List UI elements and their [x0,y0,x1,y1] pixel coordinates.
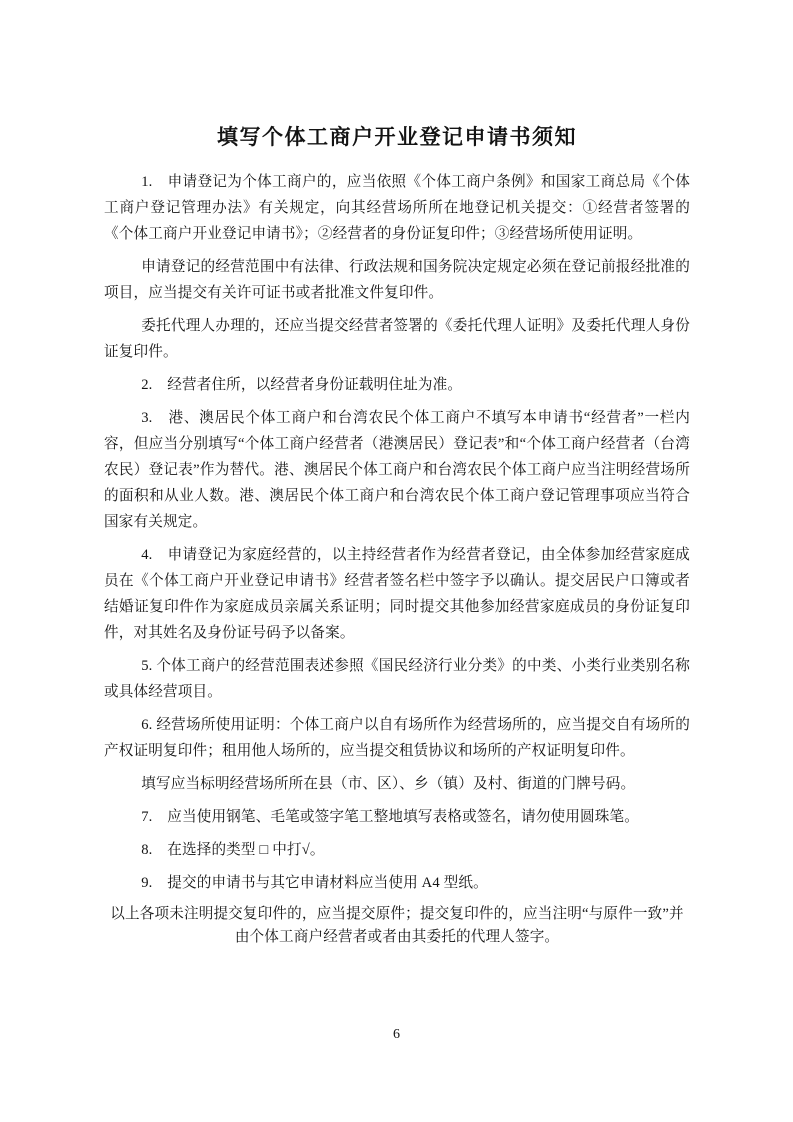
page-title: 填写个体工商户开业登记申请书须知 [104,122,690,152]
paragraph-11: 8. 在选择的类型 □ 中打√。 [104,837,690,863]
paragraph-9: 填写应当标明经营场所所在县（市、区）、乡（镇）及村、街道的门牌号码。 [104,771,690,797]
document-page: 填写个体工商户开业登记申请书须知 1. 申请登记为个体工商户的，应当依照《个体工… [0,0,793,1122]
paragraph-13: 以上各项未注明提交复印件的，应当提交原件；提交复印件的，应当注明“与原件一致”并… [104,903,690,949]
paragraph-3: 委托代理人办理的，还应当提交经营者签署的《委托代理人证明》及委托代理人身份证复印… [104,313,690,365]
paragraph-4: 2. 经营者住所，以经营者身份证载明住址为准。 [104,372,690,398]
paragraph-2: 申请登记的经营范围中有法律、行政法规和国务院决定规定必须在登记前报经批准的项目，… [104,254,690,306]
paragraph-7: 5. 个体工商户的经营范围表述参照《国民经济行业分类》的中类、小类行业类别名称或… [104,653,690,705]
paragraph-1: 1. 申请登记为个体工商户的，应当依照《个体工商户条例》和国家工商总局《个体工商… [104,169,690,247]
paragraph-8: 6. 经营场所使用证明：个体工商户以自有场所作为经营场所的，应当提交自有场所的产… [104,712,690,764]
paragraph-5: 3. 港、澳居民个体工商户和台湾农民个体工商户不填写本申请书“经营者”一栏内容，… [104,405,690,535]
paragraph-6: 4. 申请登记为家庭经营的，以主持经营者作为经营者登记，由全体参加经营家庭成员在… [104,542,690,646]
paragraph-10: 7. 应当使用钢笔、毛笔或签字笔工整地填写表格或签名，请勿使用圆珠笔。 [104,804,690,830]
paragraph-12: 9. 提交的申请书与其它申请材料应当使用 A4 型纸。 [104,870,690,896]
document-content: 填写个体工商户开业登记申请书须知 1. 申请登记为个体工商户的，应当依照《个体工… [104,122,690,949]
page-number: 6 [0,1026,793,1044]
